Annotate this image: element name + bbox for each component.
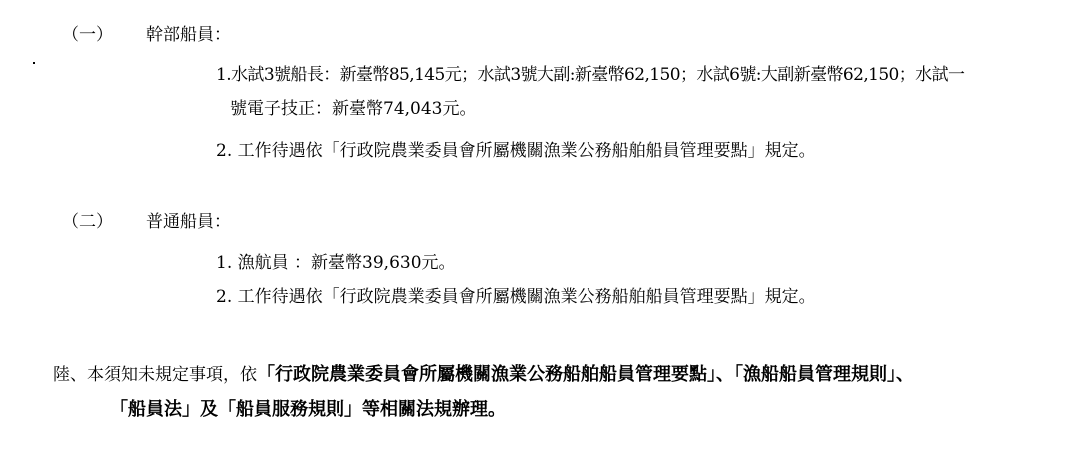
- section-1-item-1-line-2: 號電子技正：新臺幣74,043元。: [230, 98, 476, 120]
- stray-dot-mark: [33, 62, 35, 64]
- section-6-prefix: 陸、本須知未規定事項，依: [53, 365, 257, 385]
- section-2-number: （二）: [62, 211, 113, 233]
- section-1-item-1-line-1: 1.水試3號船長：新臺幣85,145元；水試3號大副:新臺幣62,150；水試6…: [216, 64, 964, 86]
- section-6-line-2: 「船員法」及「船員服務規則」等相關法規辦理。: [110, 399, 506, 421]
- section-2-item-1: 1. 漁航員 ：新臺幣39,630元。: [216, 252, 456, 274]
- section-1-item-2: 2. 工作待遇依「行政院農業委員會所屬機關漁業公務船舶船員管理要點」規定。: [216, 140, 816, 162]
- section-1-number: （一）: [62, 24, 113, 46]
- section-2-heading: 普通船員：: [146, 211, 231, 233]
- section-1-heading: 幹部船員：: [146, 24, 231, 46]
- section-6-bold-part-1: 「行政院農業委員會所屬機關漁業公務船舶船員管理要點」、「漁船船員管理規則」、: [257, 364, 914, 385]
- section-6-line-1: 陸、本須知未規定事項，依「行政院農業委員會所屬機關漁業公務船舶船員管理要點」、「…: [53, 364, 914, 386]
- section-2-item-2: 2. 工作待遇依「行政院農業委員會所屬機關漁業公務船舶船員管理要點」規定。: [216, 286, 816, 308]
